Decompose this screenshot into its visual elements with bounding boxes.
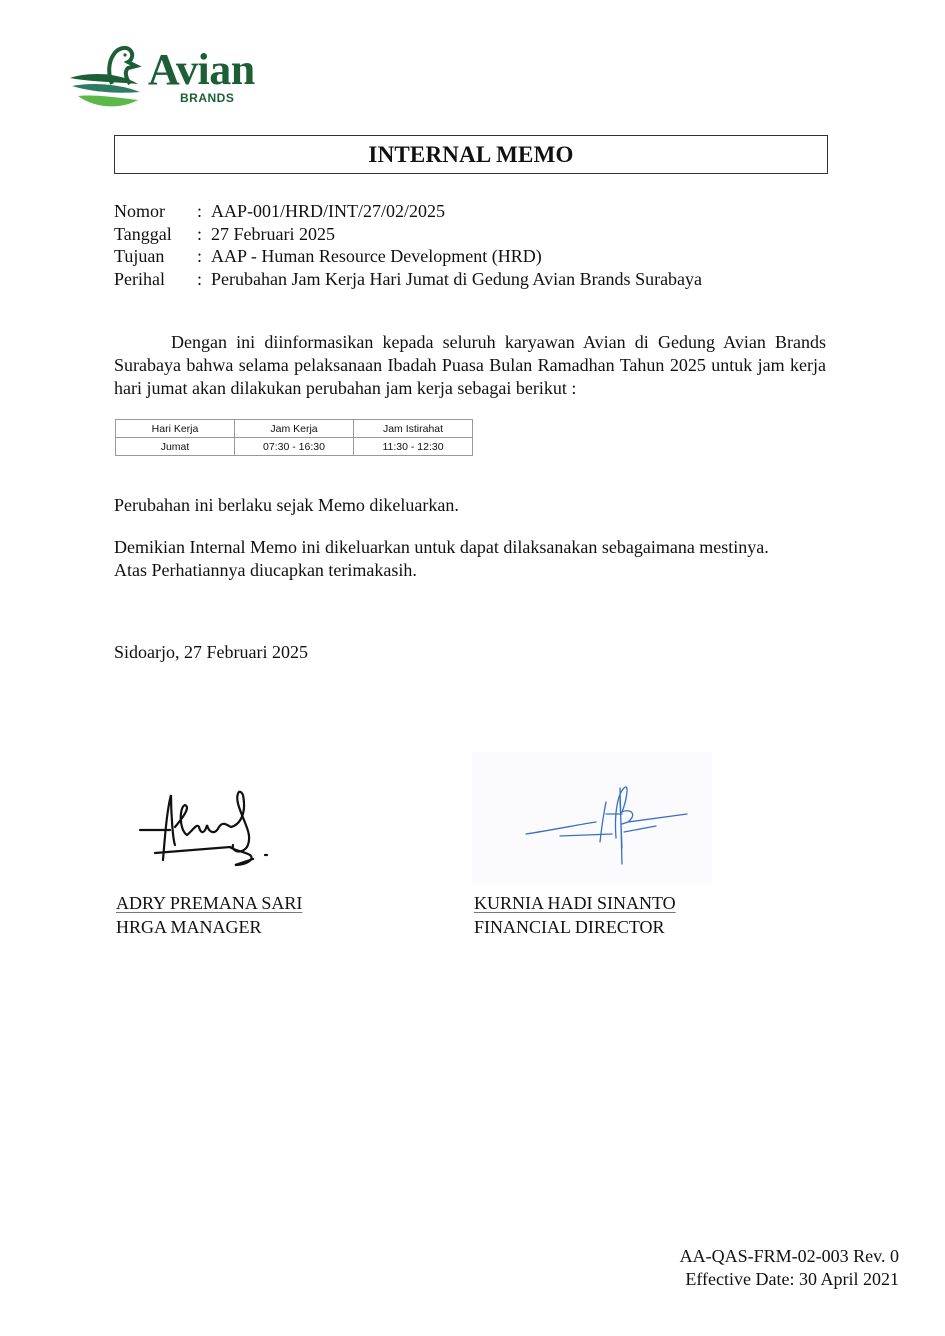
intro-paragraph: Dengan ini diinformasikan kepada seluruh… (114, 331, 826, 400)
signatory-position: FINANCIAL DIRECTOR (474, 915, 676, 939)
memo-title: INTERNAL MEMO (368, 142, 573, 168)
table-cell: Jumat (116, 438, 235, 456)
meta-label: Tanggal (114, 223, 197, 246)
table-row: Jumat 07:30 - 16:30 11:30 - 12:30 (116, 438, 473, 456)
place-date: Sidoarjo, 27 Februari 2025 (114, 641, 826, 664)
table-header: Hari Kerja (116, 420, 235, 438)
avian-brands-logo: Avian BRANDS (68, 44, 268, 112)
schedule-table: Hari Kerja Jam Kerja Jam Istirahat Jumat… (115, 419, 473, 456)
meta-label: Nomor (114, 200, 197, 223)
table-cell: 11:30 - 12:30 (354, 438, 473, 456)
form-effective-date: Effective Date: 30 April 2021 (680, 1268, 899, 1291)
meta-colon: : (197, 268, 211, 291)
table-header-row: Hari Kerja Jam Kerja Jam Istirahat (116, 420, 473, 438)
signatory-name: ADRY PREMANA SARI (116, 891, 302, 915)
table-header: Jam Istirahat (354, 420, 473, 438)
table-cell: 07:30 - 16:30 (235, 438, 354, 456)
meta-colon: : (197, 200, 211, 223)
logo-subtitle: BRANDS (180, 91, 234, 105)
meta-value: Perubahan Jam Kerja Hari Jumat di Gedung… (211, 268, 702, 291)
closing-line-1: Demikian Internal Memo ini dikeluarkan u… (114, 536, 826, 559)
signatory-name: KURNIA HADI SINANTO (474, 891, 676, 915)
meta-row-tujuan: Tujuan : AAP - Human Resource Developmen… (114, 245, 702, 268)
meta-value: AAP - Human Resource Development (HRD) (211, 245, 542, 268)
meta-value: 27 Februari 2025 (211, 223, 335, 246)
closing-line-2: Atas Perhatiannya diucapkan terimakasih. (114, 559, 826, 582)
table-header: Jam Kerja (235, 420, 354, 438)
signature-image-right (472, 752, 712, 884)
meta-colon: : (197, 245, 211, 268)
meta-colon: : (197, 223, 211, 246)
effective-paragraph: Perubahan ini berlaku sejak Memo dikelua… (114, 494, 826, 517)
meta-label: Tujuan (114, 245, 197, 268)
closing-paragraph: Demikian Internal Memo ini dikeluarkan u… (114, 536, 826, 582)
meta-row-perihal: Perihal : Perubahan Jam Kerja Hari Jumat… (114, 268, 702, 291)
memo-title-box: INTERNAL MEMO (114, 135, 828, 174)
signature-image-left (135, 785, 280, 875)
meta-value: AAP-001/HRD/INT/27/02/2025 (211, 200, 445, 223)
meta-row-tanggal: Tanggal : 27 Februari 2025 (114, 223, 702, 246)
form-code: AA-QAS-FRM-02-003 Rev. 0 (680, 1245, 899, 1268)
intro-text: Dengan ini diinformasikan kepada seluruh… (114, 332, 826, 398)
signature-block-right: KURNIA HADI SINANTO FINANCIAL DIRECTOR (474, 891, 676, 939)
logo-wordmark: Avian (148, 48, 255, 92)
meta-row-nomor: Nomor : AAP-001/HRD/INT/27/02/2025 (114, 200, 702, 223)
duck-icon (68, 44, 148, 112)
form-footer: AA-QAS-FRM-02-003 Rev. 0 Effective Date:… (680, 1245, 899, 1291)
memo-meta: Nomor : AAP-001/HRD/INT/27/02/2025 Tangg… (114, 200, 702, 291)
signature-block-left: ADRY PREMANA SARI HRGA MANAGER (116, 891, 302, 939)
meta-label: Perihal (114, 268, 197, 291)
signatory-position: HRGA MANAGER (116, 915, 302, 939)
